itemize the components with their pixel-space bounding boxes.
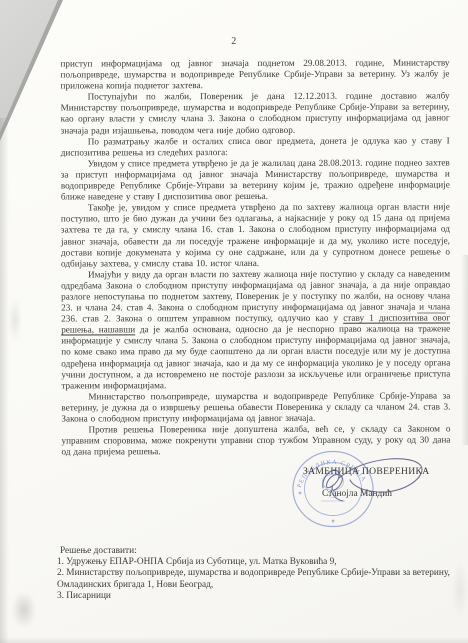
paragraph: Имајући у виду да орган власти по захтев… [61,268,450,391]
scanned-document-page: 2 приступ информацијама од јавног значај… [0,0,468,643]
paragraph: По разматрању жалбе и осталих списа овог… [61,135,450,158]
distribution-heading: Решење доставити: [60,546,457,557]
scan-bottom-edge-shadow [0,637,468,643]
paragraph: Министарство пољопривреде, шумарства и в… [61,390,450,424]
paragraph: Увидом у списе предмета утврђено је да ј… [61,157,450,202]
paragraph: Такође је, увидом у списе предмета утврђ… [61,202,450,270]
paragraph: приступ информацијама од јавног значаја … [60,57,449,91]
distribution-item: 2. Министарству пољопривреде, шумарства … [57,568,457,590]
distribution-item: 1. Удружењу ЕПАР-ОНПА Србија из Суботице… [57,557,457,568]
signature-ink [293,450,453,520]
distribution-item: 3. Писарници [57,591,457,602]
scan-corner-fold [0,0,70,146]
document-body: приступ информацијама од јавног значаја … [60,57,450,457]
page-number: 2 [0,36,468,47]
scan-right-edge-shadow [461,255,468,445]
scan-left-edge-shadow [0,118,9,643]
scan-smudge [12,592,36,628]
distribution-items: 1. Удружењу ЕПАР-ОНПА Србија из Суботице… [57,557,457,602]
paragraph: Поступајући по жалби, Повереник је дана … [61,91,450,136]
scan-smudge [8,298,22,342]
distribution-list: Решење доставити: 1. Удружењу ЕПАР-ОНПА … [57,546,457,602]
